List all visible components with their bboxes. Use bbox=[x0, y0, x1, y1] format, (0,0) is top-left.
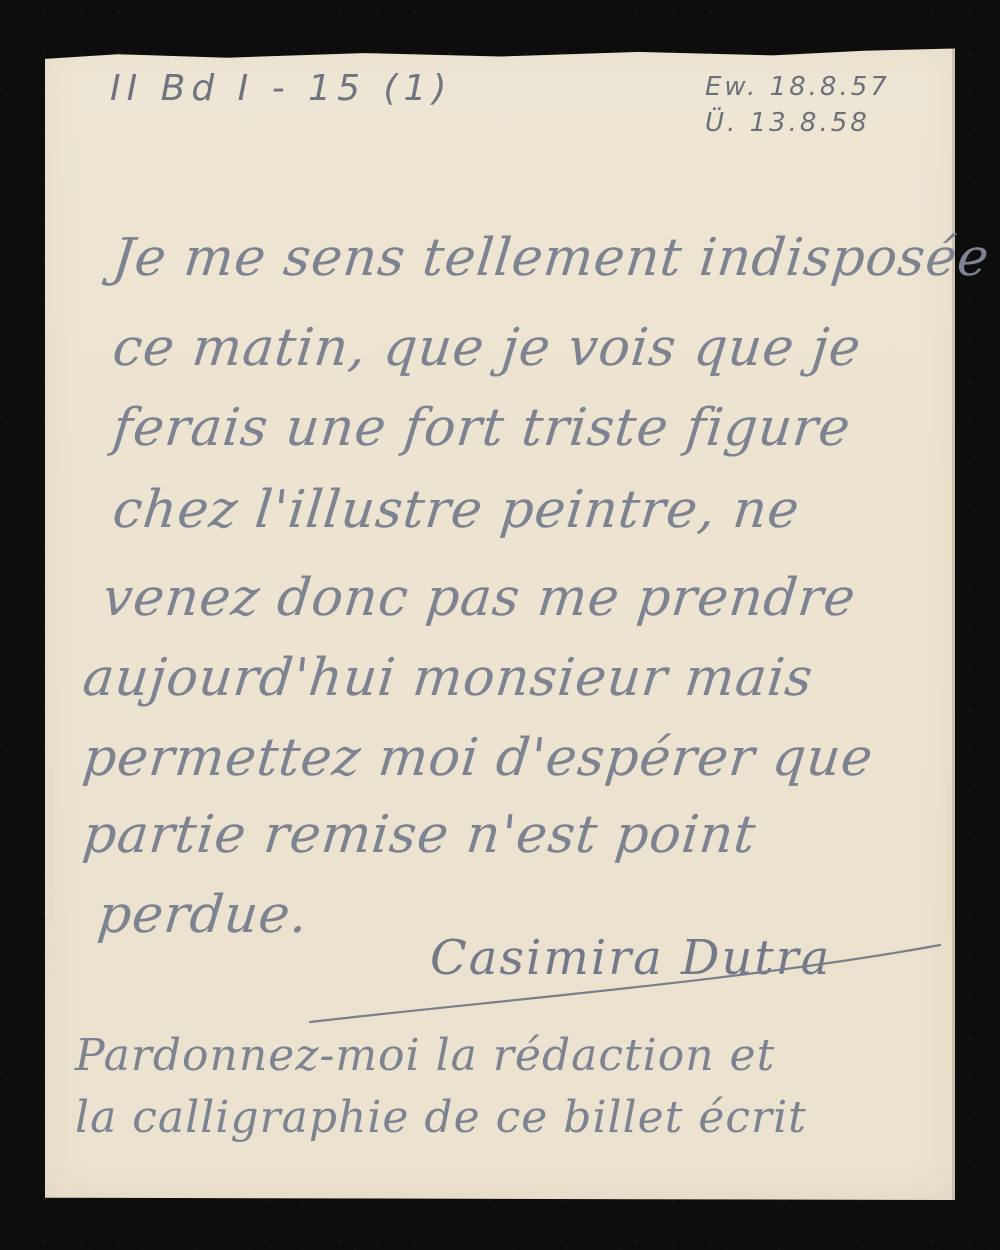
archive-reference: II Bd I - 15 (1) bbox=[110, 68, 452, 109]
body-line: ferais une fort triste figure bbox=[110, 398, 854, 458]
postscript-line: la calligraphie de ce billet écrit bbox=[75, 1092, 807, 1143]
body-line: partie remise n'est point bbox=[80, 805, 759, 865]
signature-flourish-icon bbox=[300, 940, 950, 1030]
postscript-line: Pardonnez-moi la rédaction et bbox=[75, 1030, 775, 1081]
body-line: ce matin, que je vois que je bbox=[110, 318, 864, 378]
body-line: chez l'illustre peintre, ne bbox=[110, 480, 803, 540]
body-line: permettez moi d'espérer que bbox=[80, 728, 876, 788]
archive-date-value: 13.8.58 bbox=[750, 108, 870, 138]
archive-date-2: Ü. 13.8.58 bbox=[705, 108, 870, 138]
scan-background: II Bd I - 15 (1) Ew. 18.8.57 Ü. 13.8.58 … bbox=[0, 0, 1000, 1250]
body-line: perdue. bbox=[95, 885, 311, 945]
body-line: venez donc pas me prendre bbox=[100, 568, 859, 628]
archive-date-value: 18.8.57 bbox=[770, 72, 890, 102]
archive-date-label: Ü. bbox=[705, 108, 738, 138]
archive-date-label: Ew. bbox=[705, 72, 758, 102]
body-line: aujourd'hui monsieur mais bbox=[80, 648, 816, 708]
body-line: Je me sens tellement indisposée bbox=[110, 228, 992, 288]
archive-date-1: Ew. 18.8.57 bbox=[705, 72, 890, 102]
